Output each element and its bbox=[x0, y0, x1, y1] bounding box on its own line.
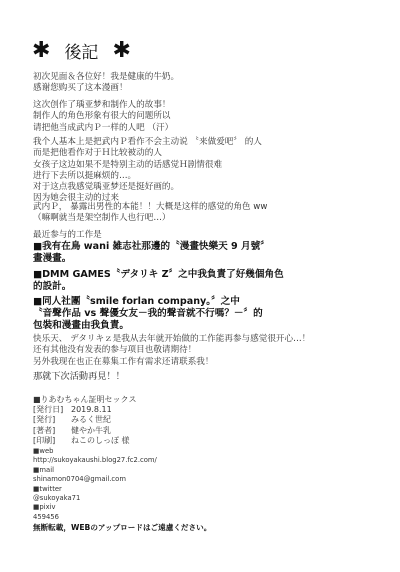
text-line: 请把他当成武内Ｐ一样的人吧 （汗） bbox=[33, 123, 173, 134]
story-paragraph: 这次创作了瑀亚梦和制作人的故事！ 制作人的角色形象有很大的问题所以 请把他当成武… bbox=[33, 100, 173, 134]
asterisk-icon: ✱ bbox=[112, 40, 130, 62]
contact-label-pixiv: ■pixiv bbox=[33, 503, 157, 512]
text-line: ■同人社團〝smile forlan company。〞之中 bbox=[33, 296, 263, 308]
text-line: 感谢您购买了这本漫画！ bbox=[33, 83, 179, 94]
text-line: 〝音聲作品 vs 聲優女友－我的聲音就不行嗎？－〞的 bbox=[33, 308, 263, 320]
colophon-row: [印刷] ねこのしっぽ 様 bbox=[33, 436, 136, 446]
contact-value-mail: shinamon0704@gmail.com bbox=[33, 475, 157, 484]
text-line: 制作人的角色形象有很大的问题所以 bbox=[33, 111, 173, 122]
text-line: 那就下次活動再見！！ bbox=[33, 371, 125, 383]
contact-value-twitter: @sukoyaka71 bbox=[33, 494, 157, 503]
text-line: 最近参与的工作是 bbox=[33, 230, 102, 241]
colophon-key: [発行] bbox=[33, 415, 71, 425]
text-line: 的設計。 bbox=[33, 281, 284, 293]
text-line: （嘛啊就当是架空制作人也行吧…） bbox=[33, 213, 267, 224]
title-text: 後記 bbox=[64, 38, 98, 63]
text-line: ■我有在鳥 wani 雑志社那邊的〝漫畫快樂天 9 月號〞 bbox=[33, 241, 270, 253]
work-item-smile-forlan: ■同人社團〝smile forlan company。〞之中 〝音聲作品 vs … bbox=[33, 296, 263, 332]
text-line: 进行下去所以挺麻烦的…。 bbox=[33, 171, 262, 182]
colophon-row: [発行] みるく世紀 bbox=[33, 415, 136, 425]
page-title: ✱ 後記 ✱ bbox=[32, 38, 131, 63]
work-item-dmm: ■DMM GAMES〝デタリキ Z〞之中我負責了好幾個角色 的設計。 bbox=[33, 269, 284, 293]
colophon-value: 2019.8.11 bbox=[71, 405, 112, 415]
text-line: 初次见面＆各位好！我是健康的牛奶。 bbox=[33, 72, 179, 83]
text-line: 快乐天、 デタリキｚ是我从去年就开始做的工作能再参与感觉很开心…！ bbox=[33, 334, 310, 345]
works-heading: 最近参与的工作是 bbox=[33, 230, 102, 241]
contact-value-pixiv: 459456 bbox=[33, 513, 157, 522]
text-line: 無断転載，WEBのアップロードはご遠慮ください。 bbox=[33, 522, 211, 533]
text-line: 女孩子这边如果不是特别主动的话感觉Ｈ剧情很难 bbox=[33, 160, 262, 171]
text-line: 另外我现在也正在募集工作有需求还请联系我！ bbox=[33, 357, 310, 368]
text-line: 畫漫畫。 bbox=[33, 253, 270, 265]
contact-label-twitter: ■twitter bbox=[33, 485, 157, 494]
farewell-line: 那就下次活動再見！！ bbox=[33, 371, 125, 383]
text-line: ■DMM GAMES〝デタリキ Z〞之中我負責了好幾個角色 bbox=[33, 269, 284, 281]
contact-label-web: ■web bbox=[33, 447, 157, 456]
colophon: ■りあむちゃん証明セックス [発行日] 2019.8.11 [発行] みるく世紀… bbox=[33, 395, 136, 446]
colophon-key: [著者] bbox=[33, 426, 71, 436]
text-line: 还有其他没有发表的参与项目也敬请期待！ bbox=[33, 345, 310, 356]
contact-label-mail: ■mail bbox=[33, 466, 157, 475]
reprint-notice: 無断転載，WEBのアップロードはご遠慮ください。 bbox=[33, 522, 211, 533]
contact-value-web: http://sukoyakaushi.blog27.fc2.com/ bbox=[33, 456, 157, 465]
conclusion-paragraph: 武内Ｐ， 暴露出男性的本能！！大概是这样的感觉的角色 ww （嘛啊就当是架空制作… bbox=[33, 202, 267, 225]
contact-list: ■web http://sukoyakaushi.blog27.fc2.com/… bbox=[33, 447, 157, 522]
colophon-row: [発行日] 2019.8.11 bbox=[33, 405, 136, 415]
colophon-key: [印刷] bbox=[33, 436, 71, 446]
colophon-value: 健やか牛乳 bbox=[71, 426, 111, 436]
colophon-key: [発行日] bbox=[33, 405, 71, 415]
work-item-wani: ■我有在鳥 wani 雑志社那邊的〝漫畫快樂天 9 月號〞 畫漫畫。 bbox=[33, 241, 270, 265]
greeting-paragraph: 初次见面＆各位好！我是健康的牛奶。 感谢您购买了这本漫画！ bbox=[33, 72, 179, 95]
colophon-value: ねこのしっぽ 様 bbox=[71, 436, 130, 446]
text-line: 包裝和漫畫由我負責。 bbox=[33, 320, 263, 332]
afterword-page: ✱ 後記 ✱ 初次见面＆各位好！我是健康的牛奶。 感谢您购买了这本漫画！ 这次创… bbox=[0, 0, 400, 572]
opinion-paragraph: 我个人基本上是把武内Ｐ看作不会主动说 〝来做爱吧〞 的人 而是把他看作对于Ｈ比较… bbox=[33, 137, 262, 205]
book-title: ■りあむちゃん証明セックス bbox=[33, 395, 136, 405]
text-line: 我个人基本上是把武内Ｐ看作不会主动说 〝来做爱吧〞 的人 bbox=[33, 137, 262, 148]
thanks-paragraph: 快乐天、 デタリキｚ是我从去年就开始做的工作能再参与感觉很开心…！ 还有其他没有… bbox=[33, 334, 310, 368]
text-line: 武内Ｐ， 暴露出男性的本能！！大概是这样的感觉的角色 ww bbox=[33, 202, 267, 213]
asterisk-icon: ✱ bbox=[32, 40, 50, 62]
colophon-value: みるく世紀 bbox=[71, 415, 111, 425]
colophon-row: [著者] 健やか牛乳 bbox=[33, 426, 136, 436]
text-line: 这次创作了瑀亚梦和制作人的故事！ bbox=[33, 100, 173, 111]
text-line: 而是把他看作对于Ｈ比较被动的人 bbox=[33, 148, 262, 159]
text-line: 对于这点我感觉瑀亚梦还是挺好画的。 bbox=[33, 182, 262, 193]
